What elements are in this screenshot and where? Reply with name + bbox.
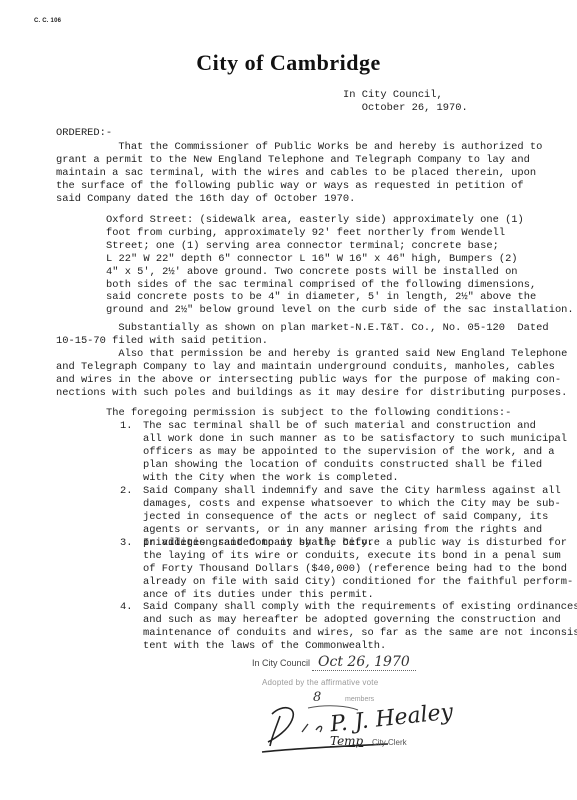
temp-label: Temp xyxy=(330,734,363,748)
document-page: C. C. 106 City of Cambridge In City Coun… xyxy=(0,0,577,800)
condition-text: The sac terminal shall be of such materi… xyxy=(143,420,567,485)
council-line-2: October 26, 1970. xyxy=(362,102,468,114)
stamp-label: In City Council xyxy=(252,658,310,668)
authorization-paragraph: That the Commissioner of Public Works be… xyxy=(56,141,542,206)
condition-text: In addition said Company shall, before a… xyxy=(143,537,573,602)
condition-number: 3. xyxy=(120,537,132,550)
plan-and-permission-paragraph: Substantially as shown on plan market-N.… xyxy=(56,322,567,399)
condition-text: Said Company shall comply with the requi… xyxy=(143,601,577,653)
document-title: City of Cambridge xyxy=(0,50,577,76)
conditions-intro: The foregoing permission is subject to t… xyxy=(106,407,511,420)
handwritten-date: Oct 26, 1970 xyxy=(312,654,416,671)
city-clerk-label: City Clerk xyxy=(372,738,407,747)
condition-number: 2. xyxy=(120,485,132,498)
council-line-1: In City Council, xyxy=(343,89,443,101)
council-header: In City Council, October 26, 1970. xyxy=(343,89,468,115)
adopted-text: Adopted by the affirmative vote xyxy=(262,678,378,687)
condition-number: 4. xyxy=(120,601,132,614)
ordered-label: ORDERED:- xyxy=(56,127,112,140)
council-stamp: In City CouncilOct 26, 1970 xyxy=(252,654,416,670)
location-description: Oxford Street: (sidewalk area, easterly … xyxy=(106,214,574,317)
condition-number: 1. xyxy=(120,420,132,433)
form-code: C. C. 106 xyxy=(34,18,61,24)
